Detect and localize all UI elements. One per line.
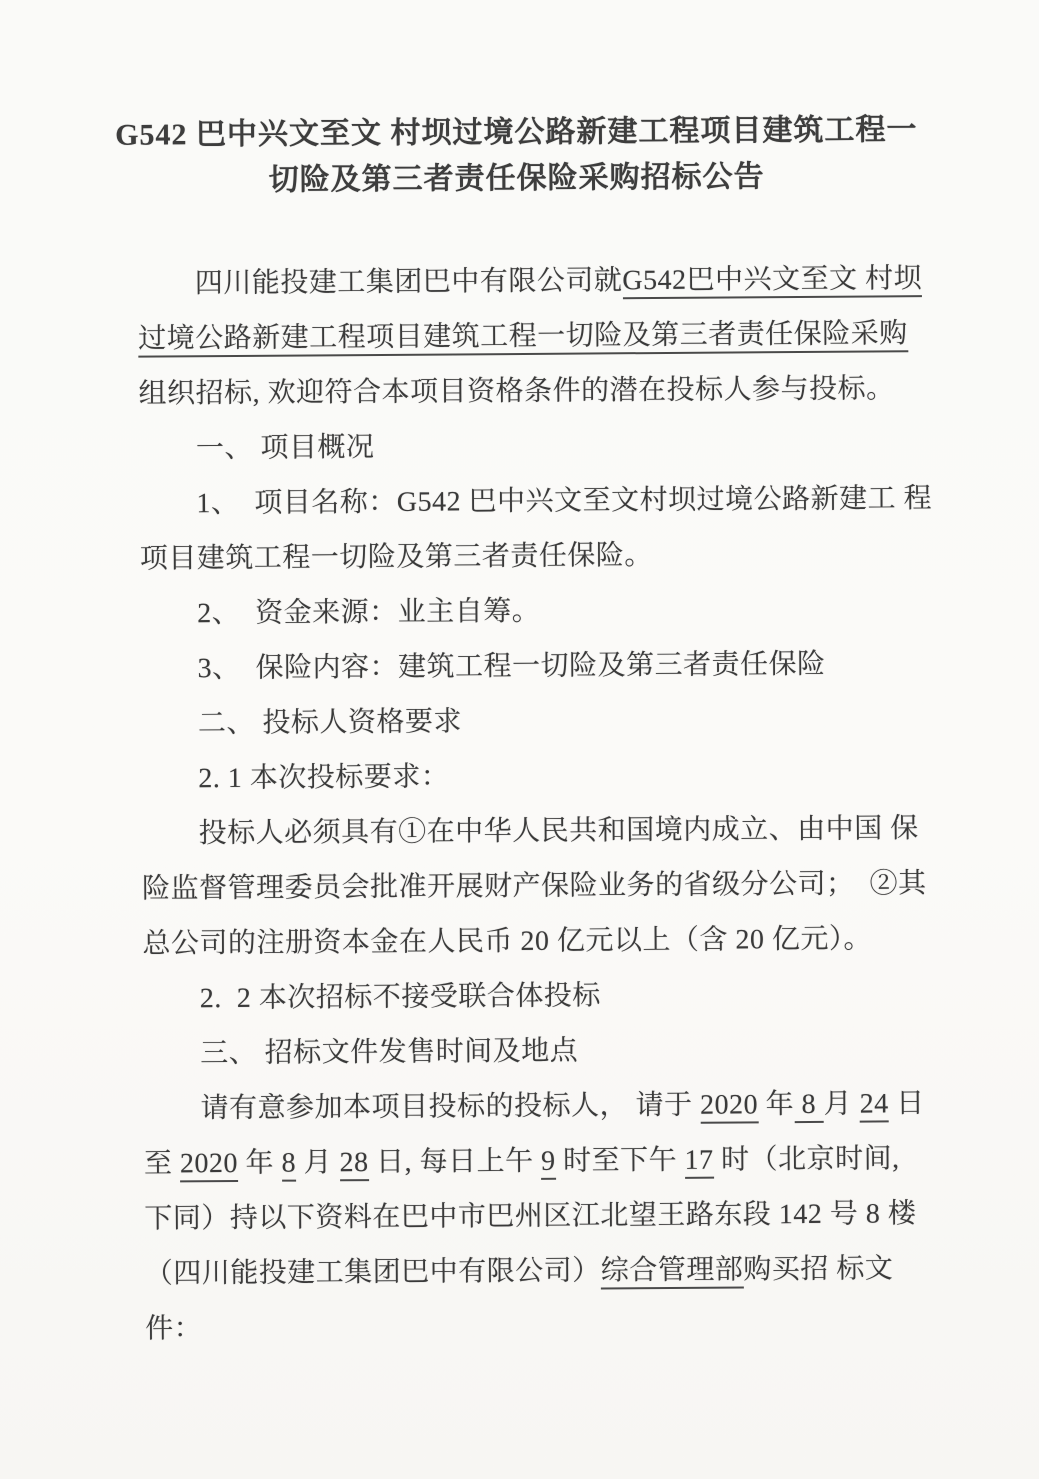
underlined-text-segment: 2020 bbox=[700, 1089, 758, 1123]
text-segment: （四川能投建工集团巴中有限公司） bbox=[145, 1255, 601, 1289]
underlined-text-segment: 8 bbox=[281, 1148, 296, 1182]
text-line: 组织招标, 欢迎符合本项目资格条件的潜在投标人参与投标。 bbox=[138, 361, 917, 421]
text-line: 三、 招标文件发售时间及地点 bbox=[143, 1021, 922, 1081]
text-segment: 投标人必须具有①在中华人民共和国境内成立、由中国 保 bbox=[199, 813, 919, 849]
text-segment: 四川能投建工集团巴中有限公司就 bbox=[195, 265, 623, 299]
text-segment: 2. 1 本次投标要求： bbox=[198, 761, 449, 794]
text-segment: 年 bbox=[758, 1089, 794, 1120]
text-segment: 日, 每日上午 bbox=[368, 1146, 541, 1178]
text-segment: 项目建筑工程一切险及第三者责任保险。 bbox=[140, 540, 653, 575]
text-line: 件： bbox=[145, 1296, 924, 1356]
text-segment: 2、 资金来源：业主自筹。 bbox=[197, 596, 540, 629]
text-segment: 件： bbox=[145, 1313, 202, 1344]
underlined-text-segment: 综合管理部 bbox=[601, 1254, 744, 1289]
document-title-line-1: G542 巴中兴文至文 村坝过境公路新建工程项目建筑工程一 bbox=[0, 106, 1036, 159]
text-segment: 3、 保险内容：建筑工程一切险及第三者责任保险 bbox=[197, 649, 825, 684]
document-title: G542 巴中兴文至文 村坝过境公路新建工程项目建筑工程一 切险及第三者责任保险… bbox=[0, 106, 1036, 205]
text-segment: 日 bbox=[889, 1088, 925, 1119]
underlined-text-segment: G542巴中兴文至文 村坝 bbox=[622, 263, 922, 299]
underlined-text-segment: 8 bbox=[794, 1089, 824, 1123]
text-segment: 月 bbox=[824, 1089, 860, 1120]
text-segment: 月 bbox=[296, 1147, 340, 1178]
text-line: 2、 资金来源：业主自筹。 bbox=[140, 581, 919, 641]
underlined-text-segment: 9 bbox=[541, 1146, 556, 1180]
scanned-sheet: G542 巴中兴文至文 村坝过境公路新建工程项目建筑工程一 切险及第三者责任保险… bbox=[0, 0, 1039, 1479]
text-line: 过境公路新建工程项目建筑工程一切险及第三者责任保险采购 bbox=[138, 306, 917, 366]
text-line: （四川能投建工集团巴中有限公司）综合管理部购买招 标文 bbox=[145, 1241, 924, 1301]
underlined-text-segment: 28 bbox=[339, 1147, 368, 1181]
text-segment: 年 bbox=[238, 1148, 282, 1179]
text-line: 二、 投标人资格要求 bbox=[141, 691, 920, 751]
document-title-line-2: 切险及第三者责任保险采购招标公告 bbox=[0, 152, 1036, 205]
text-line: 投标人必须具有①在中华人民共和国境内成立、由中国 保 bbox=[141, 801, 920, 861]
text-segment: 购买招 标文 bbox=[743, 1253, 893, 1285]
text-segment: 1、 项目名称：G542 巴中兴文至文村坝过境公路新建工 程 bbox=[196, 483, 932, 519]
document-body: 四川能投建工集团巴中有限公司就G542巴中兴文至文 村坝过境公路新建工程项目建筑… bbox=[0, 250, 1039, 1357]
text-segment: 二、 投标人资格要求 bbox=[198, 706, 462, 739]
underlined-text-segment: 17 bbox=[684, 1145, 713, 1179]
text-line: 请有意参加本项目投标的投标人， 请于 2020 年 8 月 24 日 bbox=[143, 1076, 922, 1136]
text-segment: 2. 2 本次招标不接受联合体投标 bbox=[200, 980, 601, 1014]
text-segment: 总公司的注册资本金在人民币 20 亿元以上（含 20 亿元）。 bbox=[142, 924, 872, 960]
text-segment: 时至下午 bbox=[555, 1145, 684, 1177]
text-line: 1、 项目名称：G542 巴中兴文至文村坝过境公路新建工 程 bbox=[139, 471, 918, 531]
text-segment: 组织招标, 欢迎符合本项目资格条件的潜在投标人参与投标。 bbox=[139, 373, 895, 409]
underlined-text-segment: 2020 bbox=[180, 1148, 238, 1182]
text-line: 一、 项目概况 bbox=[139, 416, 918, 476]
document-page: G542 巴中兴文至文 村坝过境公路新建工程项目建筑工程一 切险及第三者责任保险… bbox=[0, 0, 1039, 1479]
text-line: 3、 保险内容：建筑工程一切险及第三者责任保险 bbox=[140, 636, 919, 696]
text-line: 至 2020 年 8 月 28 日, 每日上午 9 时至下午 17 时（北京时间… bbox=[144, 1131, 923, 1191]
text-segment: 时（北京时间, bbox=[713, 1143, 899, 1175]
text-segment: 请有意参加本项目投标的投标人， 请于 bbox=[200, 1090, 700, 1124]
text-segment: 至 bbox=[144, 1148, 180, 1179]
text-line: 总公司的注册资本金在人民币 20 亿元以上（含 20 亿元）。 bbox=[142, 911, 921, 971]
underlined-text-segment: 过境公路新建工程项目建筑工程一切险及第三者责任保险采购 bbox=[138, 318, 908, 357]
text-line: 四川能投建工集团巴中有限公司就G542巴中兴文至文 村坝 bbox=[138, 251, 917, 311]
text-segment: 三、 招标文件发售时间及地点 bbox=[200, 1036, 578, 1070]
text-line: 险监督管理委员会批准开展财产保险业务的省级分公司； ②其 bbox=[142, 856, 921, 916]
text-line: 下同）持以下资料在巴中市巴州区江北望王路东段 142 号 8 楼 bbox=[144, 1186, 923, 1246]
text-line: 2. 1 本次投标要求： bbox=[141, 746, 920, 806]
underlined-text-segment: 24 bbox=[860, 1088, 889, 1122]
text-line: 2. 2 本次招标不接受联合体投标 bbox=[143, 966, 922, 1026]
text-line: 项目建筑工程一切险及第三者责任保险。 bbox=[140, 526, 919, 586]
text-segment: 险监督管理委员会批准开展财产保险业务的省级分公司； ②其 bbox=[142, 868, 927, 904]
text-segment: 下同）持以下资料在巴中市巴州区江北望王路东段 142 号 8 楼 bbox=[144, 1198, 916, 1234]
text-segment: 一、 项目概况 bbox=[196, 432, 375, 464]
